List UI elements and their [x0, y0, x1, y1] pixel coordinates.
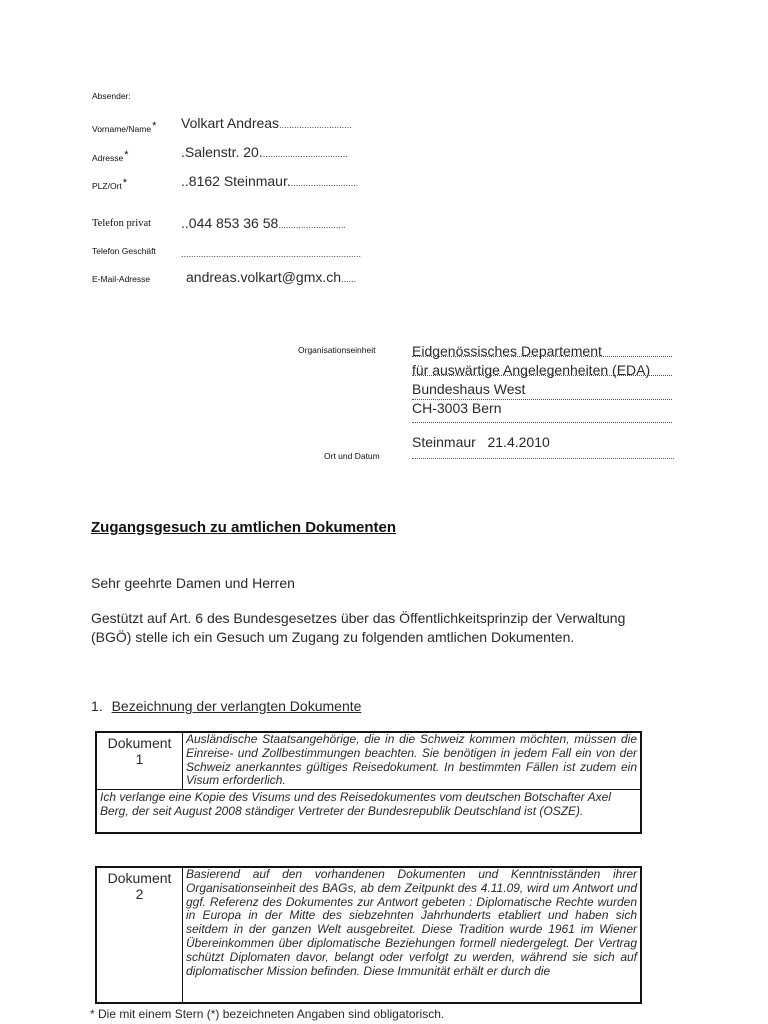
document-1-table: Dokument1 Ausländische Staatsangehörige,…	[95, 731, 642, 834]
document-1-description: Ausländische Staatsangehörige, die in di…	[183, 732, 642, 790]
phone-private-label: Telefon privat	[92, 218, 151, 229]
address-label: Adresse*	[92, 149, 128, 163]
plz-ort-label: PLZ/Ort*	[92, 177, 127, 191]
phone-business-field[interactable]: ........................................…	[181, 244, 361, 262]
document-2-label: Dokument2	[96, 867, 183, 1003]
sender-heading: Absender:	[92, 91, 131, 101]
phone-business-label: Telefon Geschäft	[92, 246, 156, 256]
document-2-description: Basierend auf den vorhandenen Dokumenten…	[183, 867, 642, 1003]
org-unit-label: Organisationseinheit	[298, 345, 376, 355]
place-value: Steinmaur	[412, 434, 476, 450]
email-label: E-Mail-Adresse	[92, 274, 150, 284]
name-label: Vorname/Name*	[92, 120, 156, 134]
plz-ort-field[interactable]: ..8162 Steinmaur........................…	[181, 173, 358, 191]
org-line: Eidgenössisches Departement	[412, 342, 650, 361]
org-line: CH-3003 Bern	[412, 399, 650, 418]
document-2-table: Dokument2 Basierend auf den vorhandenen …	[95, 866, 642, 1004]
place-date-field[interactable]: Steinmaur 21.4.2010	[412, 434, 550, 450]
org-line: für auswärtige Angelegenheiten (EDA)	[412, 361, 650, 380]
phone-private-field[interactable]: ..044 853 36 58.........................…	[181, 215, 346, 233]
section-heading: 1. Bezeichnung der verlangten Dokumente	[91, 698, 361, 716]
date-value: 21.4.2010	[487, 434, 549, 450]
intro-paragraph: Gestützt auf Art. 6 des Bundesgesetzes ü…	[91, 609, 631, 647]
letter-title: Zugangsgesuch zu amtlichen Dokumenten	[91, 519, 396, 536]
org-line: Bundeshaus West	[412, 380, 650, 399]
document-1-request[interactable]: Ich verlange eine Kopie des Visums und d…	[96, 790, 641, 834]
org-unit-address[interactable]: Eidgenössisches Departement für auswärti…	[412, 342, 650, 418]
address-field[interactable]: .Salenstr. 20...........................…	[181, 144, 348, 162]
footnote: * Die mit einem Stern (*) bezeichneten A…	[90, 1007, 444, 1021]
email-field[interactable]: andreas.volkart@gmx.ch......	[186, 269, 356, 287]
salutation: Sehr geehrte Damen und Herren	[91, 574, 295, 593]
place-date-label: Ort und Datum	[324, 451, 380, 461]
document-1-label: Dokument1	[96, 732, 183, 790]
name-field[interactable]: Volkart Andreas.........................…	[181, 115, 352, 133]
